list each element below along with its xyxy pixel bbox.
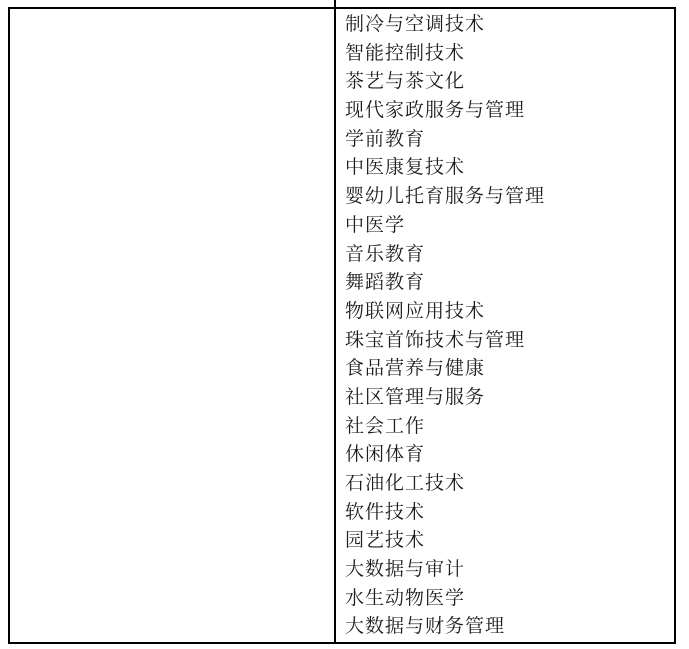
major-item: 园艺技术: [345, 527, 670, 556]
major-item: 中医学: [345, 212, 670, 241]
major-item: 智能控制技术: [345, 40, 670, 69]
major-item: 水生动物医学: [345, 585, 670, 614]
major-item: 音乐教育: [345, 241, 670, 270]
major-item: 茶艺与茶文化: [345, 68, 670, 97]
major-item: 珠宝首饰技术与管理: [345, 327, 670, 356]
major-item: 中医康复技术: [345, 154, 670, 183]
major-item: 社会工作: [345, 413, 670, 442]
major-item: 大数据与财务管理: [345, 613, 670, 642]
major-item: 食品营养与健康: [345, 355, 670, 384]
major-item: 物联网应用技术: [345, 298, 670, 327]
table-cell-majors-list: 制冷与空调技术 智能控制技术 茶艺与茶文化 现代家政服务与管理 学前教育 中医康…: [336, 9, 674, 642]
major-item: 现代家政服务与管理: [345, 97, 670, 126]
document-page: 制冷与空调技术 智能控制技术 茶艺与茶文化 现代家政服务与管理 学前教育 中医康…: [0, 0, 689, 649]
table-cell-left-empty: [10, 9, 336, 642]
major-item: 休闲体育: [345, 441, 670, 470]
major-item: 软件技术: [345, 499, 670, 528]
major-item: 大数据与审计: [345, 556, 670, 585]
majors-table: 制冷与空调技术 智能控制技术 茶艺与茶文化 现代家政服务与管理 学前教育 中医康…: [8, 7, 676, 644]
major-item: 石油化工技术: [345, 470, 670, 499]
major-item: 学前教育: [345, 126, 670, 155]
major-item: 婴幼儿托育服务与管理: [345, 183, 670, 212]
major-item: 舞蹈教育: [345, 269, 670, 298]
major-item: 社区管理与服务: [345, 384, 670, 413]
major-item: 制冷与空调技术: [345, 11, 670, 40]
